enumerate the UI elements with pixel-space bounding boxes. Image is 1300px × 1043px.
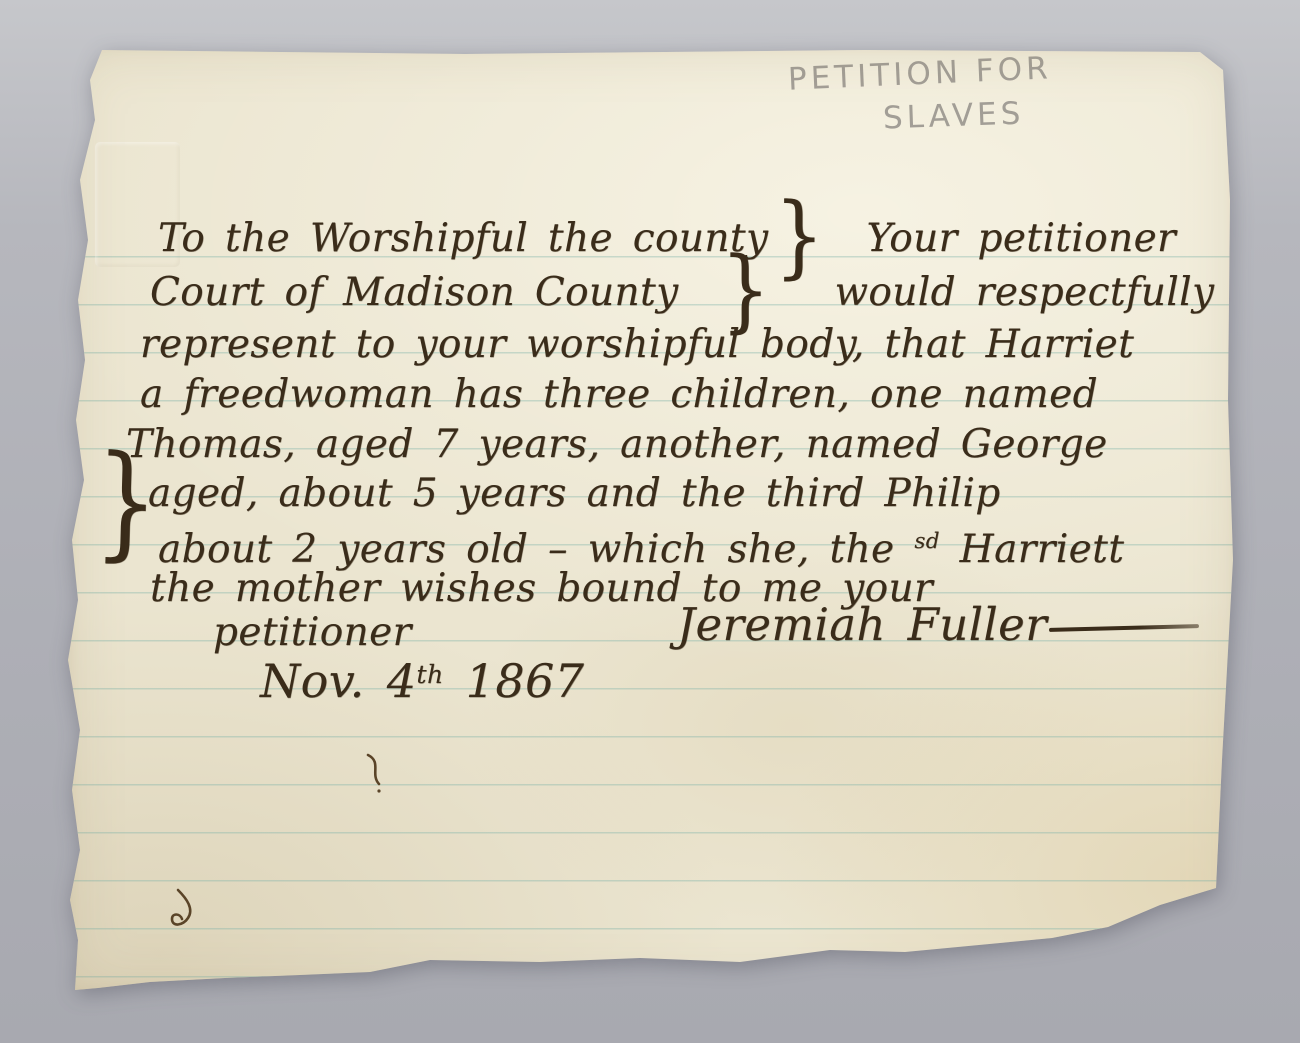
brace-icon: }: [774, 214, 824, 260]
document-page: PETITION FOR SLAVES To the Worshipful th…: [65, 42, 1240, 994]
date-pre: Nov. 4: [260, 654, 416, 708]
pencil-annotation-line1: PETITION FOR: [787, 50, 1052, 97]
superscript-sd: sd: [914, 529, 940, 554]
handwritten-line-3: represent to your worshipful body, that …: [140, 320, 1134, 370]
date-post: 1867: [444, 654, 585, 708]
document-page-wrapper: PETITION FOR SLAVES To the Worshipful th…: [65, 42, 1240, 994]
line2-court: Court of Madison County: [150, 270, 679, 315]
ink-squiggle-mark: [362, 752, 392, 796]
signature-flourish: [1049, 624, 1199, 632]
handwritten-line-2: Court of Madison County}would respectful…: [150, 268, 1214, 318]
line1-petitioner-intro: Your petitioner: [866, 216, 1176, 261]
brace-icon: }: [721, 268, 771, 314]
line2-respectfully: would respectfully: [835, 270, 1215, 315]
handwritten-line-1: To the Worshipful the county}Your petiti…: [158, 214, 1176, 264]
margin-brace-icon: }: [93, 427, 161, 575]
signature-name: Jeremiah Fuller: [677, 598, 1047, 651]
line1-address: To the Worshipful the county: [158, 216, 768, 261]
pencil-annotation-line2: SLAVES: [882, 96, 1025, 137]
photo-background: PETITION FOR SLAVES To the Worshipful th…: [0, 0, 1300, 1043]
ink-curl-mark: [160, 887, 204, 937]
handwritten-line-4: a freedwoman has three children, one nam…: [140, 370, 1098, 420]
signature: Jeremiah Fuller: [677, 600, 1199, 650]
superscript-th: th: [416, 660, 443, 689]
line7-post: Harriett: [940, 527, 1124, 572]
handwritten-line-5: Thomas, aged 7 years, another, named Geo…: [126, 420, 1108, 470]
date-line: Nov. 4th 1867: [260, 650, 584, 706]
handwritten-line-6: aged, about 5 years and the third Philip: [148, 469, 1001, 519]
